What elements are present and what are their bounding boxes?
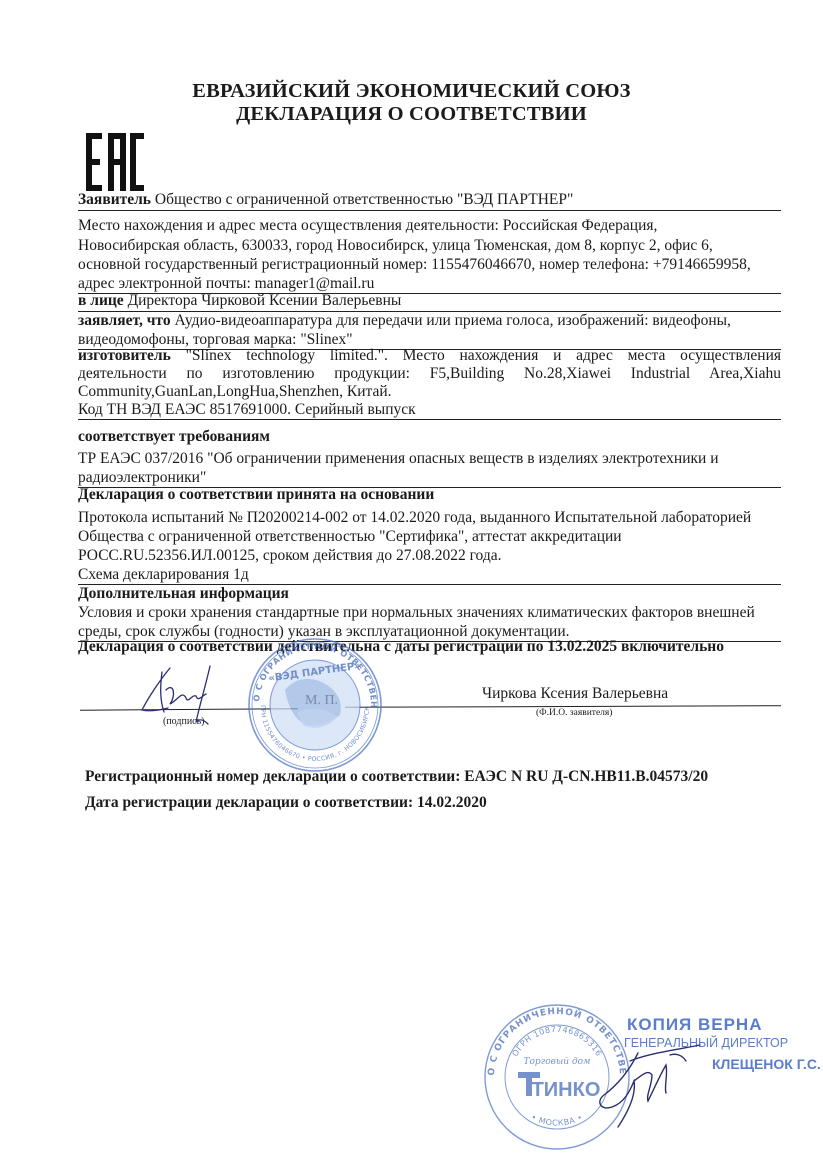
declares-row: заявляет, что Аудио-видеоаппаратура для … xyxy=(78,311,781,330)
address-line: основной государственный регистрационный… xyxy=(78,255,781,274)
representative-row: в лице Директора Чирковой Ксении Валерье… xyxy=(78,291,781,310)
registration-number-row: Регистрационный номер декларации о соотв… xyxy=(85,767,788,786)
address-line: Новосибирская область, 630033, город Нов… xyxy=(78,236,781,255)
copy-signature xyxy=(590,1035,720,1135)
registration-date: 14.02.2020 xyxy=(417,794,487,811)
manufacturer-address: деятельности по изготовлению продукции: … xyxy=(78,364,781,383)
validity-statement: Декларация о соответствии действительна … xyxy=(78,637,781,656)
divider xyxy=(78,210,781,211)
divider xyxy=(78,419,781,420)
applicant-label: Заявитель xyxy=(78,191,151,208)
additional-line: Условия и сроки хранения стандартные при… xyxy=(78,603,781,622)
applicant-value: Общество с ограниченной ответственностью… xyxy=(151,191,573,208)
signatory-name: Чиркова Ксения Валерьевна xyxy=(482,685,668,703)
representative-value: Директора Чирковой Ксении Валерьевны xyxy=(124,292,402,309)
requirements-line: ТР ЕАЭС 037/2016 "Об ограничении примене… xyxy=(78,449,781,468)
signatory-name-caption: (Ф.И.О. заявителя) xyxy=(536,708,612,718)
basis-line: Общества с ограниченной ответственностью… xyxy=(78,527,781,546)
requirements-heading: соответствует требованиям xyxy=(78,427,781,446)
registration-number: ЕАЭС N RU Д-CN.НВ11.В.04573/20 xyxy=(464,768,708,785)
declares-label: заявляет, что xyxy=(78,312,171,329)
applicant-seal-stamp: ОБЩЕСТВО С ОГРАНИЧЕННОЙ ОТВЕТСТВЕННОСТЬЮ… xyxy=(245,635,385,775)
registration-number-label: Регистрационный номер декларации о соотв… xyxy=(85,768,464,785)
product-description: Аудио-видеоаппаратура для передачи или п… xyxy=(171,312,731,329)
basis-heading: Декларация о соответствии принята на осн… xyxy=(78,485,781,504)
manufacturer-row: изготовитель "Slinex technology limited.… xyxy=(78,346,781,365)
eac-logo-icon xyxy=(0,0,823,200)
copy-seal-subtitle: Торговый дом xyxy=(524,1057,591,1067)
address-line: Место нахождения и адрес места осуществл… xyxy=(78,216,781,235)
hs-code-line: Код ТН ВЭД ЕАЭС 8517691000. Серийный вып… xyxy=(78,400,781,419)
registration-date-row: Дата регистрации декларации о соответств… xyxy=(85,793,788,812)
basis-line: Протокола испытаний № П20200214-002 от 1… xyxy=(78,508,781,527)
declaration-scheme: Схема декларирования 1д xyxy=(78,565,781,584)
certified-copy-title: КОПИЯ ВЕРНА xyxy=(627,1015,763,1035)
manufacturer-name: "Slinex technology limited.". Место нахо… xyxy=(186,347,781,364)
applicant-row: Заявитель Общество с ограниченной ответс… xyxy=(78,190,781,209)
applicant-signature xyxy=(130,660,240,730)
registration-date-label: Дата регистрации декларации о соответств… xyxy=(85,794,417,811)
additional-heading: Дополнительная информация xyxy=(78,584,781,603)
certified-copy-name: КЛЕЩЕНОК Г.С. xyxy=(712,1056,821,1072)
basis-line: РОСС.RU.52356.ИЛ.00125, сроком действия … xyxy=(78,546,781,565)
representative-label: в лице xyxy=(78,292,124,309)
manufacturer-label: изготовитель xyxy=(78,347,171,364)
manufacturer-address: Community,GuanLan,LongHua,Shenzhen, Кита… xyxy=(78,382,781,401)
